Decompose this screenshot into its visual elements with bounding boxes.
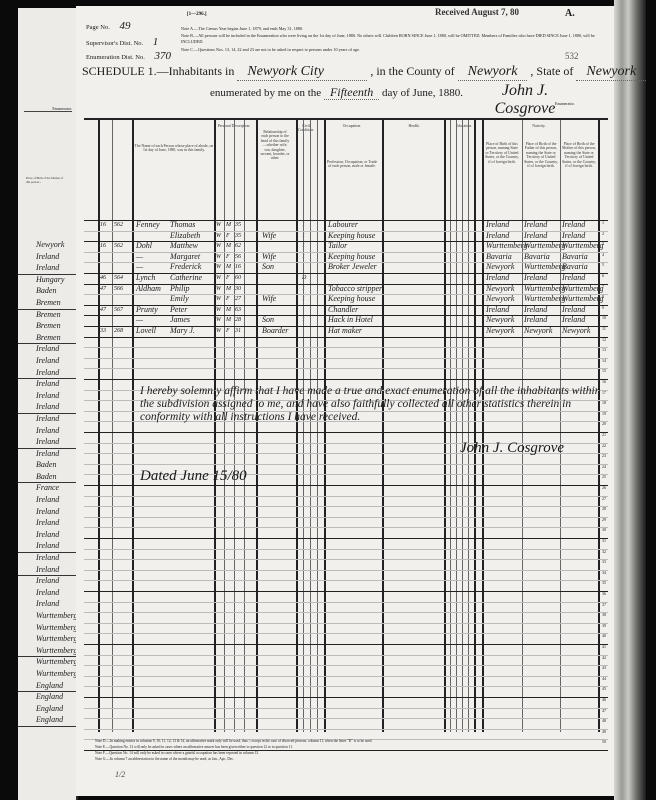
row-rule xyxy=(84,718,608,719)
left-page-birthplace: Ireland xyxy=(18,402,76,414)
census-table: The Name of each Person whose place of a… xyxy=(84,118,608,732)
left-page-birthplace: Wurttemberg xyxy=(18,611,76,623)
column-rule xyxy=(132,120,134,732)
stub-mark: 1/2 xyxy=(115,770,125,779)
cell-birth: Newyork xyxy=(486,262,514,272)
table-row: 46564LynchCatherineWF60DIrelandIrelandIr… xyxy=(84,273,608,284)
cell-dwelling: 562 xyxy=(114,241,123,251)
cell-given: Matthew xyxy=(170,241,198,251)
cell-color: W xyxy=(216,273,221,283)
cell-given: Margaret xyxy=(170,252,200,262)
cell-sex: M xyxy=(226,241,231,251)
cell-father: Newyork xyxy=(524,326,552,336)
cell-relation: Boarder xyxy=(262,326,288,336)
table-row: ElizabethWF35Wife1Keeping houseIrelandIr… xyxy=(84,231,608,242)
row-rule xyxy=(84,464,608,465)
line-number: 46 xyxy=(602,697,618,702)
cell-sex: M xyxy=(226,284,231,294)
cell-color: W xyxy=(216,252,221,262)
header-birthplace-person: Place of Birth of this person, naming St… xyxy=(484,142,520,164)
row-rule xyxy=(84,241,608,242)
cell-father: Bavaria xyxy=(524,252,550,262)
left-page-birthplace: England xyxy=(18,715,76,727)
cell-age: 56 xyxy=(235,252,241,262)
line-number: 31 xyxy=(602,538,618,543)
cell-color: W xyxy=(216,326,221,336)
cell-given: Frederick xyxy=(170,262,201,272)
line-number: 13 xyxy=(602,347,618,352)
cell-birth: Ireland xyxy=(486,220,509,230)
left-page-birthplace: Wurttemberg xyxy=(18,634,76,646)
left-page-birthplace: Ireland xyxy=(18,530,76,542)
cell-birth: Newyork xyxy=(486,315,514,325)
row-rule xyxy=(84,580,608,581)
header-health: Health. xyxy=(384,124,444,128)
line-number: 8 xyxy=(602,294,618,299)
column-rule xyxy=(224,120,225,732)
schedule-title: SCHEDULE 1.—Inhabitants in Newyork City … xyxy=(82,64,646,81)
cell-given: Thomas xyxy=(170,220,195,230)
line-number: 23 xyxy=(602,453,618,458)
row-rule xyxy=(84,347,608,348)
line-number: 41 xyxy=(602,644,618,649)
note-g: Note G.—In column 7 an abbreviation to t… xyxy=(95,756,535,762)
left-page-birthplace: Ireland xyxy=(18,252,76,264)
cell-mother: Ireland xyxy=(562,315,585,325)
line-number: 24 xyxy=(602,464,618,469)
county-value: Newyork xyxy=(458,64,528,81)
table-row: —FrederickWM16SonBroker JewelerNewyorkWu… xyxy=(84,262,608,273)
left-page-birthplace: England xyxy=(18,692,76,704)
cell-house: 16 xyxy=(100,241,106,251)
left-page-birthplace: Ireland xyxy=(18,391,76,403)
row-rule xyxy=(84,337,608,338)
cell-sex: M xyxy=(226,220,231,230)
cell-mother: Newyork xyxy=(562,326,590,336)
affirmation-signature: John J. Cosgrove xyxy=(460,440,564,457)
cell-house: 46 xyxy=(100,273,106,283)
column-rule xyxy=(317,120,318,732)
line-number: 9 xyxy=(602,305,618,310)
page-number-field: Page No. 49 xyxy=(86,20,130,32)
cell-birth: Ireland xyxy=(486,231,509,241)
left-page-birthplace: Ireland xyxy=(18,263,76,275)
cell-occupation: Tobacco stripper xyxy=(328,284,382,294)
line-number: 14 xyxy=(602,358,618,363)
column-rule xyxy=(324,120,326,732)
cell-dwelling: 566 xyxy=(114,284,123,294)
line-number: 3 xyxy=(602,241,618,246)
county-label: , in the County of xyxy=(370,64,454,78)
line-number: 7 xyxy=(602,284,618,289)
cell-birth: Ireland xyxy=(486,305,509,315)
cell-color: W xyxy=(216,231,221,241)
line-number: 42 xyxy=(602,655,618,660)
left-page-birthplace: Ireland xyxy=(18,449,76,461)
cell-given: Peter xyxy=(170,305,187,315)
left-page-birthplace: Ireland xyxy=(18,599,76,611)
row-rule xyxy=(84,305,608,306)
cell-relation: Wife xyxy=(262,294,276,304)
cell-father: Ireland xyxy=(524,220,547,230)
state-label: , State of xyxy=(530,64,573,78)
table-row: EmilyWF27Wife1Keeping houseNewyorkWurtte… xyxy=(84,294,608,305)
column-rule xyxy=(98,120,100,732)
line-number: 12 xyxy=(602,337,618,342)
cell-sex: F xyxy=(226,231,230,241)
line-number: 10 xyxy=(602,315,618,320)
table-row: —JamesWM28Son1Hack in HotelNewyorkIrelan… xyxy=(84,315,608,326)
left-page-enumerator-label: Enumerator. xyxy=(24,106,72,112)
line-number: 40 xyxy=(602,633,618,638)
left-page-birthplace: Ireland xyxy=(18,368,76,380)
left-page-birthplace: Wurttemberg xyxy=(18,646,76,658)
cell-relation: Wife xyxy=(262,252,276,262)
left-page-birthplace: Baden xyxy=(18,460,76,472)
cell-given: Catherine xyxy=(170,273,202,283)
left-page-birthplace: Ireland xyxy=(18,437,76,449)
cell-surname: Lovell xyxy=(136,326,156,336)
cell-occupation: Keeping house xyxy=(328,252,375,262)
line-number: 37 xyxy=(602,602,618,607)
left-page-birthplace: Wurttemberg xyxy=(18,669,76,681)
cell-given: Philip xyxy=(170,284,190,294)
left-page-column-header: Place of Birth of the Mother of this per… xyxy=(26,176,68,184)
row-rule xyxy=(84,326,608,327)
column-rule xyxy=(214,120,216,732)
row-rule xyxy=(84,612,608,613)
header-birthplace-father: Place of Birth of the Father of this per… xyxy=(524,142,558,168)
left-page-birthplace: Ireland xyxy=(18,565,76,577)
line-number: 25 xyxy=(602,474,618,479)
line-number: 43 xyxy=(602,665,618,670)
cell-color: W xyxy=(216,284,221,294)
table-row: 47567PruntyPeterWM63ChandlerIrelandIrela… xyxy=(84,305,608,316)
cell-birth: Ireland xyxy=(486,273,509,283)
cell-age: 31 xyxy=(235,326,241,336)
facing-left-page: Enumerator. Place of Birth of the Mother… xyxy=(18,8,78,800)
cell-surname: Prunty xyxy=(136,305,158,315)
cell-age: 28 xyxy=(235,315,241,325)
column-rule xyxy=(560,120,561,732)
left-page-birthplace: Bremen xyxy=(18,333,76,345)
line-number: 38 xyxy=(602,612,618,617)
cell-given: James xyxy=(170,315,190,325)
line-number: 44 xyxy=(602,676,618,681)
column-rule xyxy=(382,120,384,732)
cell-sex: M xyxy=(226,305,231,315)
left-page-birthplace: Ireland xyxy=(18,414,76,426)
received-stamp: Received August 7, 80 xyxy=(435,7,519,17)
header-birthplace-mother: Place of Birth of the Mother of this per… xyxy=(562,142,596,168)
row-rule xyxy=(84,591,608,592)
census-rows: 16562FenneyThomasWM351LabourerIrelandIre… xyxy=(84,220,608,337)
column-rule xyxy=(482,120,484,732)
line-number: 4 xyxy=(602,252,618,257)
cell-birth: Newyork xyxy=(486,294,514,304)
cell-occupation: Keeping house xyxy=(328,294,375,304)
row-rule xyxy=(84,697,608,698)
cell-surname: Fenney xyxy=(136,220,160,230)
row-rule xyxy=(84,686,608,687)
line-number: 16 xyxy=(602,379,618,384)
line-number: 2 xyxy=(602,231,618,236)
cell-color: W xyxy=(216,315,221,325)
row-rule xyxy=(84,729,608,730)
cell-occupation: Hat maker xyxy=(328,326,362,336)
row-rule xyxy=(84,633,608,634)
row-rule xyxy=(84,485,608,486)
column-rule xyxy=(456,120,457,732)
enumeration-date-line: enumerated by me on the Fifteenth day of… xyxy=(210,85,463,100)
row-rule xyxy=(84,506,608,507)
cell-birth: Newyork xyxy=(486,284,514,294)
row-rule xyxy=(84,252,608,253)
cell-surname: Aldham xyxy=(136,284,161,294)
table-row: 16562FenneyThomasWM351LabourerIrelandIre… xyxy=(84,220,608,231)
row-rule xyxy=(84,517,608,518)
row-rule xyxy=(84,262,608,263)
cell-age: 16 xyxy=(235,262,241,272)
row-rule xyxy=(84,368,608,369)
left-page-birthplace-list: NewyorkIrelandIrelandHungaryBadenBremenB… xyxy=(18,240,76,727)
column-rule xyxy=(112,120,113,732)
enumerator-label: Enumerator. xyxy=(555,101,575,106)
cell-dwelling: 562 xyxy=(114,220,123,230)
cell-sex: F xyxy=(226,252,230,262)
cell-surname: — xyxy=(136,315,143,325)
cell-sex: M xyxy=(226,315,231,325)
column-rule xyxy=(598,120,600,732)
row-rule xyxy=(84,432,608,433)
row-rule xyxy=(84,273,608,274)
left-page-birthplace: Ireland xyxy=(18,553,76,565)
left-page-birthplace: Wurttemberg xyxy=(18,657,76,669)
left-page-birthplace: Bremen xyxy=(18,298,76,310)
cell-dwelling: 564 xyxy=(114,273,123,283)
corner-letter: A. xyxy=(565,8,575,19)
left-page-birthplace: Ireland xyxy=(18,576,76,588)
cell-occupation: Broker Jeweler xyxy=(328,262,377,272)
line-number: 11 xyxy=(602,326,618,331)
cell-house: 33 xyxy=(100,326,106,336)
line-number: 30 xyxy=(602,527,618,532)
supervisor-district-field: Supervisor's Dist. No. 1 xyxy=(86,36,158,48)
row-rule xyxy=(84,559,608,560)
row-rule xyxy=(84,570,608,571)
line-number: 1 xyxy=(602,220,618,225)
form-number: [1—296.] xyxy=(187,12,207,17)
cell-color: W xyxy=(216,220,221,230)
line-number: 6 xyxy=(602,273,618,278)
line-number: 5 xyxy=(602,262,618,267)
column-rule xyxy=(522,120,523,732)
row-rule xyxy=(84,665,608,666)
left-page-birthplace: Baden xyxy=(18,286,76,298)
cell-mother: Bavaria xyxy=(562,262,588,272)
left-page-birthplace: Ireland xyxy=(18,356,76,368)
cell-father: Ireland xyxy=(524,305,547,315)
cell-house: 16 xyxy=(100,220,106,230)
cell-sex: F xyxy=(226,326,230,336)
cell-color: W xyxy=(216,241,221,251)
left-page-birthplace: Ireland xyxy=(18,541,76,553)
row-rule xyxy=(84,538,608,539)
enumeration-district-field: Enumeration Dist. No. 370 xyxy=(86,50,171,62)
column-rule xyxy=(234,120,235,732)
cell-mother: Bavaria xyxy=(562,252,588,262)
cell-given: Emily xyxy=(170,294,189,304)
footnotes: Note D.—In making entries in columns 9, … xyxy=(95,738,535,762)
cell-given: Mary J. xyxy=(170,326,195,336)
cell-age: 63 xyxy=(235,305,241,315)
affirmation-date: Dated June 15/80 xyxy=(140,468,247,485)
row-rule xyxy=(84,527,608,528)
left-page-birthplace: Ireland xyxy=(18,588,76,600)
row-rule xyxy=(84,496,608,497)
cell-father: Ireland xyxy=(524,231,547,241)
cell-age: 62 xyxy=(235,241,241,251)
row-rule xyxy=(84,708,608,709)
cell-dwelling: 567 xyxy=(114,305,123,315)
cell-occupation: Hack in Hotel xyxy=(328,315,373,325)
note-b: Note B.—All persons will be included in … xyxy=(181,33,601,45)
line-number: 49 xyxy=(602,729,618,734)
cell-mother: Ireland xyxy=(562,220,585,230)
table-row: 33268LovellMary J.WF31BoarderHat makerNe… xyxy=(84,326,608,337)
column-rule xyxy=(468,120,469,732)
instruction-notes: Note A.—The Census Year begins June 1, 1… xyxy=(181,24,601,54)
cell-color: W xyxy=(216,262,221,272)
enumerated-suffix: day of June, 1880. xyxy=(382,87,463,99)
enumerated-day: Fifteenth xyxy=(324,85,379,100)
cell-father: Ireland xyxy=(524,273,547,283)
cell-dwelling: 268 xyxy=(114,326,123,336)
schedule-label: SCHEDULE 1.—Inhabitants in xyxy=(82,64,234,78)
column-rule xyxy=(310,120,311,732)
cell-mother: Ireland xyxy=(562,305,585,315)
left-page-birthplace: England xyxy=(18,704,76,716)
table-row: 47566AldhamPhilipWM301Tobacco stripperNe… xyxy=(84,284,608,295)
cell-birth: Newyork xyxy=(486,326,514,336)
header-relationship: Relationship of each person to the head … xyxy=(260,130,290,161)
cell-occupation: Keeping house xyxy=(328,231,375,241)
left-page-birthplace: Ireland xyxy=(18,507,76,519)
cell-relation: Son xyxy=(262,315,274,325)
row-rule xyxy=(84,358,608,359)
cell-relation: Son xyxy=(262,262,274,272)
column-rule xyxy=(462,120,463,732)
note-c: Note C.—Questions Nos. 13, 14, 22 and 23… xyxy=(181,45,601,54)
cell-house: 47 xyxy=(100,284,106,294)
header-occupation: Occupation. xyxy=(322,124,382,128)
cell-surname: Dohl xyxy=(136,241,152,251)
line-number: 34 xyxy=(602,570,618,575)
stamped-number: 532 xyxy=(565,51,579,61)
line-number: 29 xyxy=(602,517,618,522)
cell-sex: F xyxy=(226,294,230,304)
left-page-birthplace: Wurttemberg xyxy=(18,623,76,635)
cell-age: 27 xyxy=(235,294,241,304)
cell-age: 35 xyxy=(235,220,241,230)
left-page-birthplace: Hungary xyxy=(18,275,76,287)
line-number: 22 xyxy=(602,443,618,448)
line-number: 39 xyxy=(602,623,618,628)
row-rule xyxy=(84,379,608,380)
line-number: 26 xyxy=(602,485,618,490)
left-page-birthplace: Ireland xyxy=(18,518,76,530)
column-rule xyxy=(474,120,476,732)
cell-surname: — xyxy=(136,252,143,262)
column-rule xyxy=(444,120,446,732)
supervisor-district-value: 1 xyxy=(153,36,159,48)
cell-sex: M xyxy=(226,262,231,272)
row-rule xyxy=(84,315,608,316)
line-number: 47 xyxy=(602,708,618,713)
cell-occupation: Tailor xyxy=(328,241,347,251)
row-rule xyxy=(84,676,608,677)
line-number: 50 xyxy=(602,739,618,744)
note-a: Note A.—The Census Year begins June 1, 1… xyxy=(181,24,601,33)
left-page-birthplace: Newyork xyxy=(18,240,76,252)
cell-sex: F xyxy=(226,273,230,283)
page-number-label: Page No. xyxy=(86,24,110,31)
line-number: 45 xyxy=(602,686,618,691)
line-number: 27 xyxy=(602,496,618,501)
row-rule xyxy=(84,549,608,550)
line-number: 48 xyxy=(602,718,618,723)
cell-occupation: Labourer xyxy=(328,220,358,230)
cell-relation: Wife xyxy=(262,231,276,241)
cell-age: 35 xyxy=(235,231,241,241)
cell-house: 47 xyxy=(100,305,106,315)
row-rule xyxy=(84,623,608,624)
row-rule xyxy=(84,644,608,645)
affirmation-text: I hereby solemnly affirm that I have mad… xyxy=(140,385,610,424)
left-page-birthplace: France xyxy=(18,483,76,495)
column-rule xyxy=(450,120,451,732)
left-page-birthplace: Baden xyxy=(18,472,76,484)
column-rule xyxy=(256,120,258,732)
enumeration-district-label: Enumeration Dist. No. xyxy=(86,54,145,61)
left-page-birthplace: England xyxy=(18,681,76,693)
supervisor-district-label: Supervisor's Dist. No. xyxy=(86,40,143,47)
header-occupation-sub: Profession, Occupation, or Trade of each… xyxy=(326,160,378,169)
line-number: 33 xyxy=(602,559,618,564)
cell-occupation: Chandler xyxy=(328,305,358,315)
cell-surname: — xyxy=(136,262,143,272)
table-row: —MargaretWF56Wife1Keeping houseBavariaBa… xyxy=(84,252,608,263)
line-number: 32 xyxy=(602,549,618,554)
cell-age: 30 xyxy=(235,284,241,294)
cell-color: W xyxy=(216,294,221,304)
row-rule xyxy=(84,655,608,656)
enumeration-district-value: 370 xyxy=(154,50,171,62)
cell-mother: Ireland xyxy=(562,231,585,241)
row-rule xyxy=(84,602,608,603)
column-rule xyxy=(296,120,298,732)
row-rule xyxy=(84,220,608,221)
left-page-birthplace: Ireland xyxy=(18,495,76,507)
line-number: 36 xyxy=(602,591,618,596)
enumerated-label: enumerated by me on the xyxy=(210,87,321,99)
cell-age: 60 xyxy=(235,273,241,283)
header-civil-condition: Civil Condition. xyxy=(296,124,316,133)
place-value: Newyork City xyxy=(237,64,367,81)
row-rule xyxy=(84,294,608,295)
left-page-birthplace: Ireland xyxy=(18,379,76,391)
line-number: 35 xyxy=(602,580,618,585)
